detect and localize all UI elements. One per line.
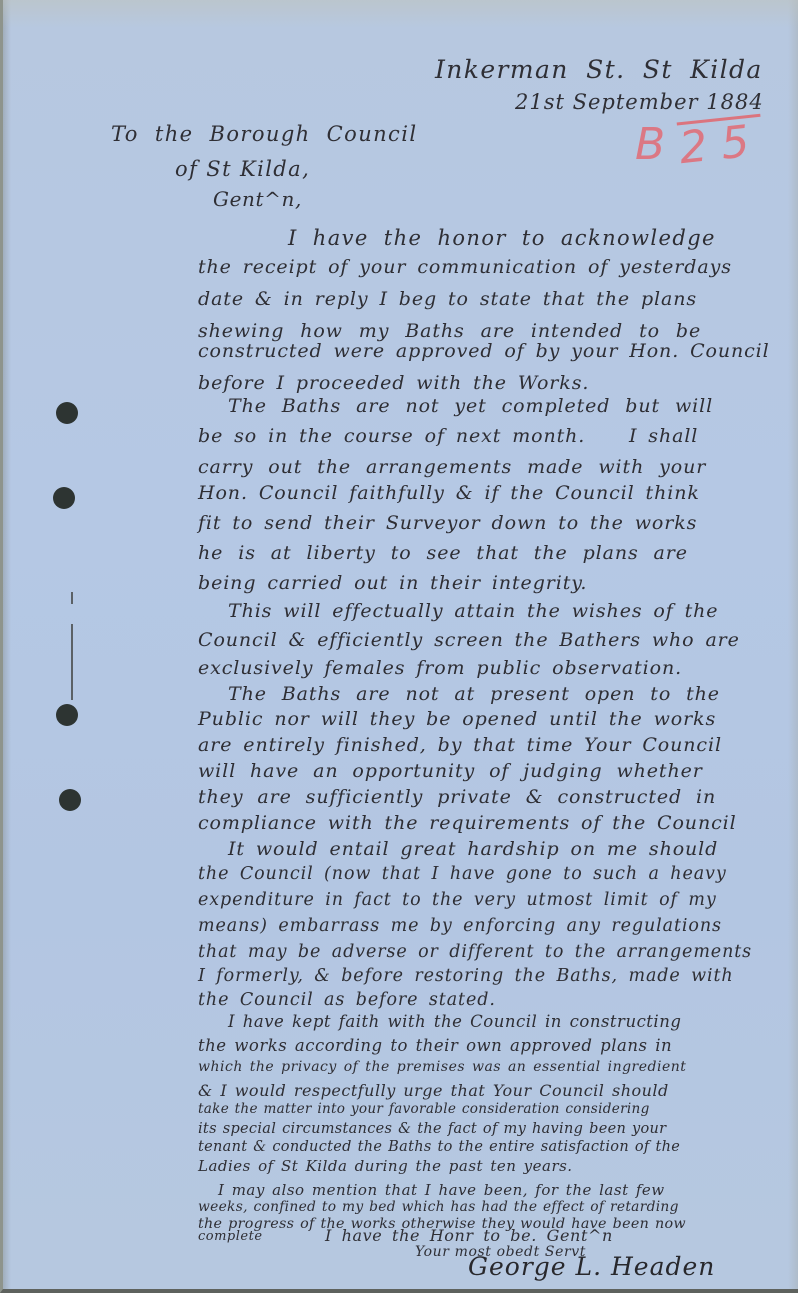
body-line: I may also mention that I have been, for… (218, 1181, 665, 1199)
body-line: I formerly, & before restoring the Baths… (198, 966, 734, 986)
body-line: the receipt of your communication of yes… (198, 256, 732, 278)
punch-hole-1 (56, 402, 78, 424)
body-line: The Baths are not yet completed but will (228, 395, 713, 417)
body-line: the works according to their own approve… (198, 1036, 672, 1055)
salutation: Gent^n, (213, 187, 302, 211)
body-line: carry out the arrangements made with you… (198, 456, 706, 478)
body-line: This will effectually attain the wishes … (228, 600, 718, 622)
recipient-line-1: To the Borough Council (111, 122, 417, 146)
body-line: compliance with the requirements of the … (198, 812, 737, 834)
body-line: the Council (now that I have gone to suc… (198, 864, 727, 884)
archive-reference-letter: B (635, 119, 679, 170)
body-line: Council & efficiently screen the Bathers… (198, 629, 740, 651)
body-line: shewing how my Baths are intended to be (198, 320, 701, 342)
body-line: weeks, confined to my bed which has had … (198, 1199, 679, 1215)
body-line: will have an opportunity of judging whet… (198, 760, 703, 782)
body-line: its special circumstances & the fact of … (198, 1121, 666, 1137)
letter-date: 21st September 1884 (515, 90, 764, 114)
signature: George L. Headen (468, 1252, 715, 1281)
recipient-line-2: of St Kilda, (175, 157, 310, 181)
punch-hole-3 (56, 704, 78, 726)
fold-tear-mark (71, 624, 73, 700)
body-line: complete (198, 1229, 263, 1244)
body-line: they are sufficiently private & construc… (198, 786, 716, 808)
fold-tear-mark (71, 592, 73, 604)
body-line: Ladies of St Kilda during the past ten y… (198, 1157, 573, 1175)
body-line: he is at liberty to see that the plans a… (198, 542, 688, 564)
body-line: are entirely finished, by that time Your… (198, 734, 722, 756)
closing-line: I have the Honr to be. Gent^n (325, 1226, 613, 1245)
body-line: fit to send their Surveyor down to the w… (198, 512, 697, 534)
body-line: that may be adverse or different to the … (198, 942, 752, 962)
body-line: It would entail great hardship on me sho… (228, 838, 718, 860)
sender-address: Inkerman St. St Kilda (435, 55, 763, 84)
body-line: constructed were approved of by your Hon… (198, 340, 770, 362)
archive-reference-number: 25 (677, 114, 766, 172)
body-line: date & in reply I beg to state that the … (198, 288, 697, 310)
body-line: expenditure in fact to the very utmost l… (198, 890, 717, 910)
body-line: be so in the course of next month. I sha… (198, 425, 698, 447)
body-line: the Council as before stated. (198, 990, 496, 1010)
body-line: exclusively females from public observat… (198, 657, 682, 679)
punch-hole-2 (53, 487, 75, 509)
punch-hole-4 (59, 789, 81, 811)
letter-sheet: Inkerman St. St Kilda 21st September 188… (0, 0, 798, 1293)
body-line: take the matter into your favorable cons… (198, 1101, 650, 1117)
body-line: The Baths are not at present open to the (228, 683, 720, 705)
body-line: I have the honor to acknowledge (288, 226, 716, 250)
body-line: tenant & conducted the Baths to the enti… (198, 1139, 680, 1155)
body-line: Hon. Council faithfully & if the Council… (198, 482, 700, 504)
body-line: Public nor will they be opened until the… (198, 708, 716, 730)
body-line: means) embarrass me by enforcing any reg… (198, 916, 722, 936)
archive-reference-mark: B25 (635, 118, 763, 170)
body-line: which the privacy of the premises was an… (198, 1059, 686, 1075)
body-line: being carried out in their integrity. (198, 572, 587, 594)
body-line: before I proceeded with the Works. (198, 372, 589, 394)
body-line: & I would respectfully urge that Your Co… (198, 1081, 669, 1100)
body-line: I have kept faith with the Council in co… (228, 1012, 681, 1031)
